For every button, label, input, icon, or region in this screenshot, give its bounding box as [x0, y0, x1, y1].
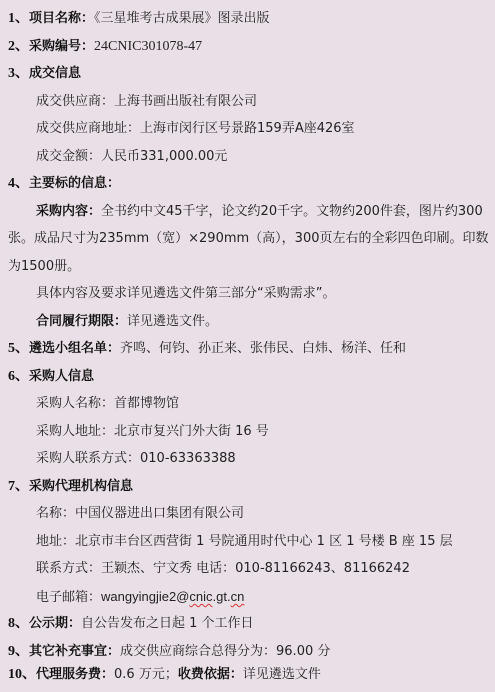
item-agency-heading: 7、采购代理机构信息 — [8, 477, 133, 497]
purchaser-name: 采购人名称：首都博物馆 — [36, 394, 179, 414]
item-number: 3、 — [8, 66, 29, 81]
content-label: 采购内容： — [36, 204, 101, 219]
period-label: 合同履行期限： — [36, 314, 127, 329]
agency-contact: 联系方式：王颖杰、宁文秀 电话：010-81166243、81166242 — [36, 559, 410, 579]
item-procurement-number: 2、采购编号：24CNIC301078-47 — [8, 37, 202, 57]
item-value: 0.6 万元； — [114, 667, 178, 682]
item-label: 成交信息 — [29, 66, 81, 81]
announcement-document: 1、项目名称：《三星堆考古成果展》图录出版 2、采购编号：24CNIC30107… — [0, 0, 495, 692]
item-other-matters: 9、其它补充事宜：成交供应商综合总得分为：96.00 分 — [8, 642, 330, 662]
item-selection-panel: 5、遴选小组名单：齐鸣、何钧、孙正来、张伟民、白炜、杨洋、任和 — [8, 339, 406, 359]
item-label: 主要标的信息： — [29, 176, 120, 191]
subject-content-line3: 为1500册。 — [8, 257, 80, 277]
purchaser-address: 采购人地址：北京市复兴门外大街 16 号 — [36, 422, 269, 442]
item-subject-info-heading: 4、主要标的信息： — [8, 174, 120, 194]
item-number: 10、 — [8, 667, 36, 682]
email-domain-dot: .gt. — [213, 589, 231, 604]
content-text: 全书约中文45千字，论文约20千字。文物约200件套，图片约300 — [101, 204, 483, 219]
item-number: 8、 — [8, 616, 29, 631]
item-purchaser-heading: 6、采购人信息 — [8, 367, 94, 387]
item-label: 遴选小组名单： — [29, 341, 120, 356]
item-number: 1、 — [8, 11, 29, 26]
subject-detail: 具体内容及要求详见遴选文件第三部分“采购需求”。 — [36, 284, 335, 304]
item-label: 其它补充事宜： — [29, 644, 120, 659]
item-value: 成交供应商综合总得分为：96.00 分 — [120, 644, 330, 659]
email-label: 电子邮箱： — [36, 590, 101, 605]
item-project-name: 1、项目名称：《三星堆考古成果展》图录出版 — [8, 9, 270, 29]
item-value: 齐鸣、何钧、孙正来、张伟民、白炜、杨洋、任和 — [120, 341, 406, 356]
item-public-notice-period: 8、公示期：自公告发布之日起 1 个工作日 — [8, 614, 254, 634]
item-label: 公示期： — [29, 616, 81, 631]
agency-email: 电子邮箱：wangyingjie2@cnic.gt.cn — [36, 587, 244, 607]
agency-address: 地址：北京市丰台区西营街 1 号院通用时代中心 1 区 1 号楼 B 座 15 … — [36, 532, 453, 552]
item-value: 《三星堆考古成果展》图录出版 — [94, 11, 270, 26]
item-value: 自公告发布之日起 1 个工作日 — [81, 616, 254, 631]
item-number: 2、 — [8, 39, 29, 54]
email-domain-part2: cn — [231, 589, 245, 604]
period-value: 详见遴选文件。 — [127, 314, 218, 329]
purchaser-contact: 采购人联系方式：010-63363388 — [36, 449, 236, 469]
item-number: 6、 — [8, 369, 29, 384]
item-label: 采购人信息 — [29, 369, 94, 384]
email-domain-part1: cnic — [189, 589, 212, 604]
deal-amount: 成交金额：人民币331,000.00元 — [36, 147, 227, 167]
fee-basis-label: 收费依据： — [178, 667, 243, 682]
deal-supplier: 成交供应商：上海书画出版社有限公司 — [36, 92, 257, 112]
item-label: 代理服务费： — [36, 667, 114, 682]
fee-basis-value: 详见遴选文件 — [243, 667, 321, 682]
item-label: 项目名称： — [29, 11, 94, 26]
email-user: wangyingjie2@ — [101, 589, 189, 604]
item-deal-info-heading: 3、成交信息 — [8, 64, 81, 84]
item-number: 4、 — [8, 176, 29, 191]
subject-content-line2: 张。成品尺寸为235mm（宽）×290mm（高），300页左右的全彩四色印刷。印… — [8, 229, 489, 249]
subject-contract-period: 合同履行期限：详见遴选文件。 — [36, 312, 218, 332]
item-agency-fee: 10、代理服务费：0.6 万元；收费依据：详见遴选文件 — [8, 665, 321, 685]
item-number: 5、 — [8, 341, 29, 356]
item-value: 24CNIC301078-47 — [94, 39, 202, 54]
item-label: 采购编号： — [29, 39, 94, 54]
item-number: 7、 — [8, 479, 29, 494]
subject-content-line1: 采购内容：全书约中文45千字，论文约20千字。文物约200件套，图片约300 — [36, 202, 483, 222]
deal-supplier-address: 成交供应商地址：上海市闵行区号景路159弄A座426室 — [36, 119, 355, 139]
item-number: 9、 — [8, 644, 29, 659]
agency-name: 名称：中国仪器进出口集团有限公司 — [36, 504, 244, 524]
item-label: 采购代理机构信息 — [29, 479, 133, 494]
